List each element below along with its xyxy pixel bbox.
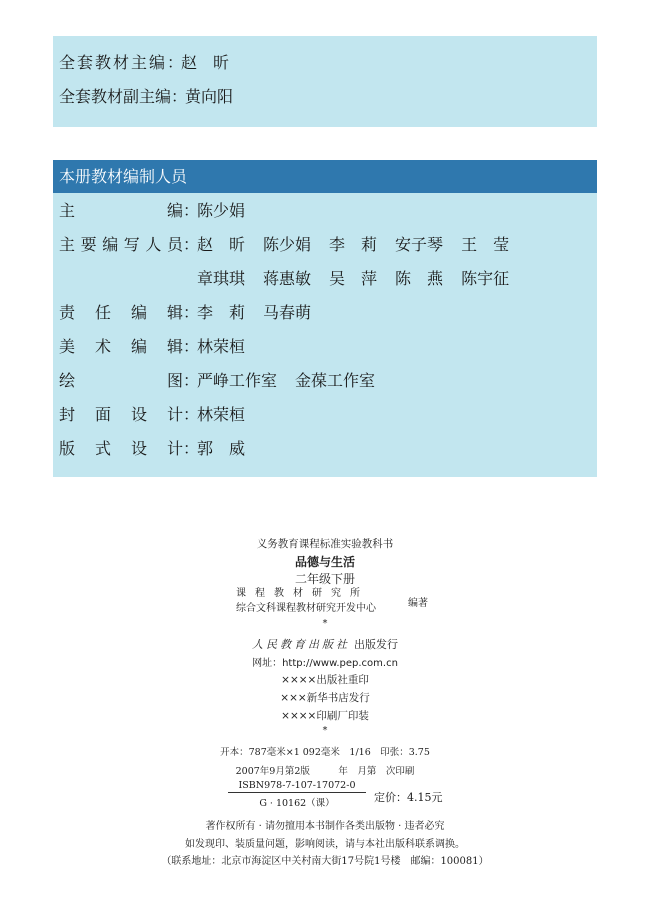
role-label: 责任编辑 [59,302,183,324]
staff-row-illustration: 绘图 ： 严峥工作室 金葆工作室 [59,370,393,392]
role-label: 绘图 [59,370,183,392]
staff-name: 马春萌 [263,302,311,324]
staff-name: 安子琴 [395,234,443,256]
role-label: 封面设计 [59,404,183,426]
isbn: ISBN978-7-107-17072-0 [228,780,366,793]
staff-name: 林荣桓 [197,336,245,358]
staff-name: 王 莹 [461,234,509,256]
staff-row-art-editor: 美术编辑 ： 林荣桓 [59,336,263,358]
role-label: 美术编辑 [59,336,183,358]
publisher-logo: 人民教育出版社 [252,638,350,651]
isbn-block: ISBN978-7-107-17072-0 G · 10162（课） [228,780,366,809]
staff-row-editor: 主编 ： 陈少娟 [59,200,263,222]
staff-row-cover-design: 封面设计 ： 林荣桓 [59,404,263,426]
separator-star: * [0,725,650,736]
reprint-line: ××××出版社重印 [0,672,650,687]
price: 定价：4.15元 [374,789,443,805]
printer-line: ××××印刷厂印装 [0,708,650,723]
colon: ： [171,86,185,108]
publisher-action: 出版发行 [354,638,398,651]
deputy-editor-row: 全套教材副主编： 黄向阳 [59,86,251,108]
role-label: 主要编写人员 [59,234,183,256]
distributor-line: ×××新华书店发行 [0,690,650,705]
role-label: 版式设计 [59,438,183,460]
volume-staff-header: 本册教材编制人员 [53,160,597,193]
staff-name: 李 莉 [329,234,377,256]
deputy-editor-name: 黄向阳 [185,86,233,108]
role-label: 主编 [59,200,183,222]
edition-info: 2007年9月第2版 年 月第 次印刷 [0,763,650,777]
staff-name: 章琪琪 [197,268,245,290]
staff-row-main-writers: 主要编写人员 ： 赵 昕 陈少娟 李 莉 安子琴 王 莹 [59,234,527,256]
author-1: 课程教材研究所 [236,586,376,601]
authors-tag: 编著 [408,594,428,609]
contact-address: （联系地址：北京市海淀区中关村南大街17号院1号楼 邮编：100081） [0,852,650,867]
separator-star: * [0,618,650,629]
authors: 课程教材研究所 综合文科课程教材研究开发中心 [236,586,376,616]
chief-editor-name: 赵 昕 [181,52,229,74]
staff-name: 金葆工作室 [295,370,375,392]
colon: ： [167,52,181,74]
volume-staff-panel: 本册教材编制人员 主编 ： 陈少娟 主要编写人员 ： 赵 昕 陈少娟 李 莉 安… [53,160,597,477]
website: 网址：http://www.pep.com.cn [0,654,650,669]
staff-row-main-writers-cont: 章琪琪 蒋惠敏 吴 萍 陈 燕 陈宇征 [59,268,527,290]
copyright-notice: 著作权所有 · 请勿擅用本书制作各类出版物 · 违者必究 [0,817,650,832]
staff-name: 陈少娟 [263,234,311,256]
staff-name: 林荣桓 [197,404,245,426]
staff-name: 严峥工作室 [197,370,277,392]
series-editors-panel: 全套教材主编： 赵 昕 全套教材副主编： 黄向阳 [53,36,597,127]
format-spec: 开本：787毫米×1 092毫米 1/16 印张：3.75 [0,744,650,758]
deputy-editor-label: 全套教材副主编 [59,86,171,108]
staff-name: 赵 昕 [197,234,245,256]
series-title: 义务教育课程标准实验教科书 [0,536,650,551]
quality-notice: 如发现印、装质量问题，影响阅读，请与本社出版科联系调换。 [0,835,650,850]
publisher-line: 人民教育出版社出版发行 [0,636,650,652]
author-2: 综合文科课程教材研究开发中心 [236,601,376,616]
staff-row-layout-design: 版式设计 ： 郭 威 [59,438,263,460]
book-title: 品德与生活 [0,553,650,570]
staff-name: 陈少娟 [197,200,245,222]
staff-row-responsible-editor: 责任编辑 ： 李 莉 马春萌 [59,302,329,324]
grade-volume: 二年级下册 [0,570,650,587]
staff-name: 吴 萍 [329,268,377,290]
staff-name: 郭 威 [197,438,245,460]
chief-editor-label: 全套教材主编 [59,52,167,74]
staff-name: 陈宇征 [461,268,509,290]
staff-name: 陈 燕 [395,268,443,290]
staff-name: 李 莉 [197,302,245,324]
catalog-number: G · 10162（课） [228,793,366,809]
staff-name: 蒋惠敏 [263,268,311,290]
chief-editor-row: 全套教材主编： 赵 昕 [59,52,247,74]
